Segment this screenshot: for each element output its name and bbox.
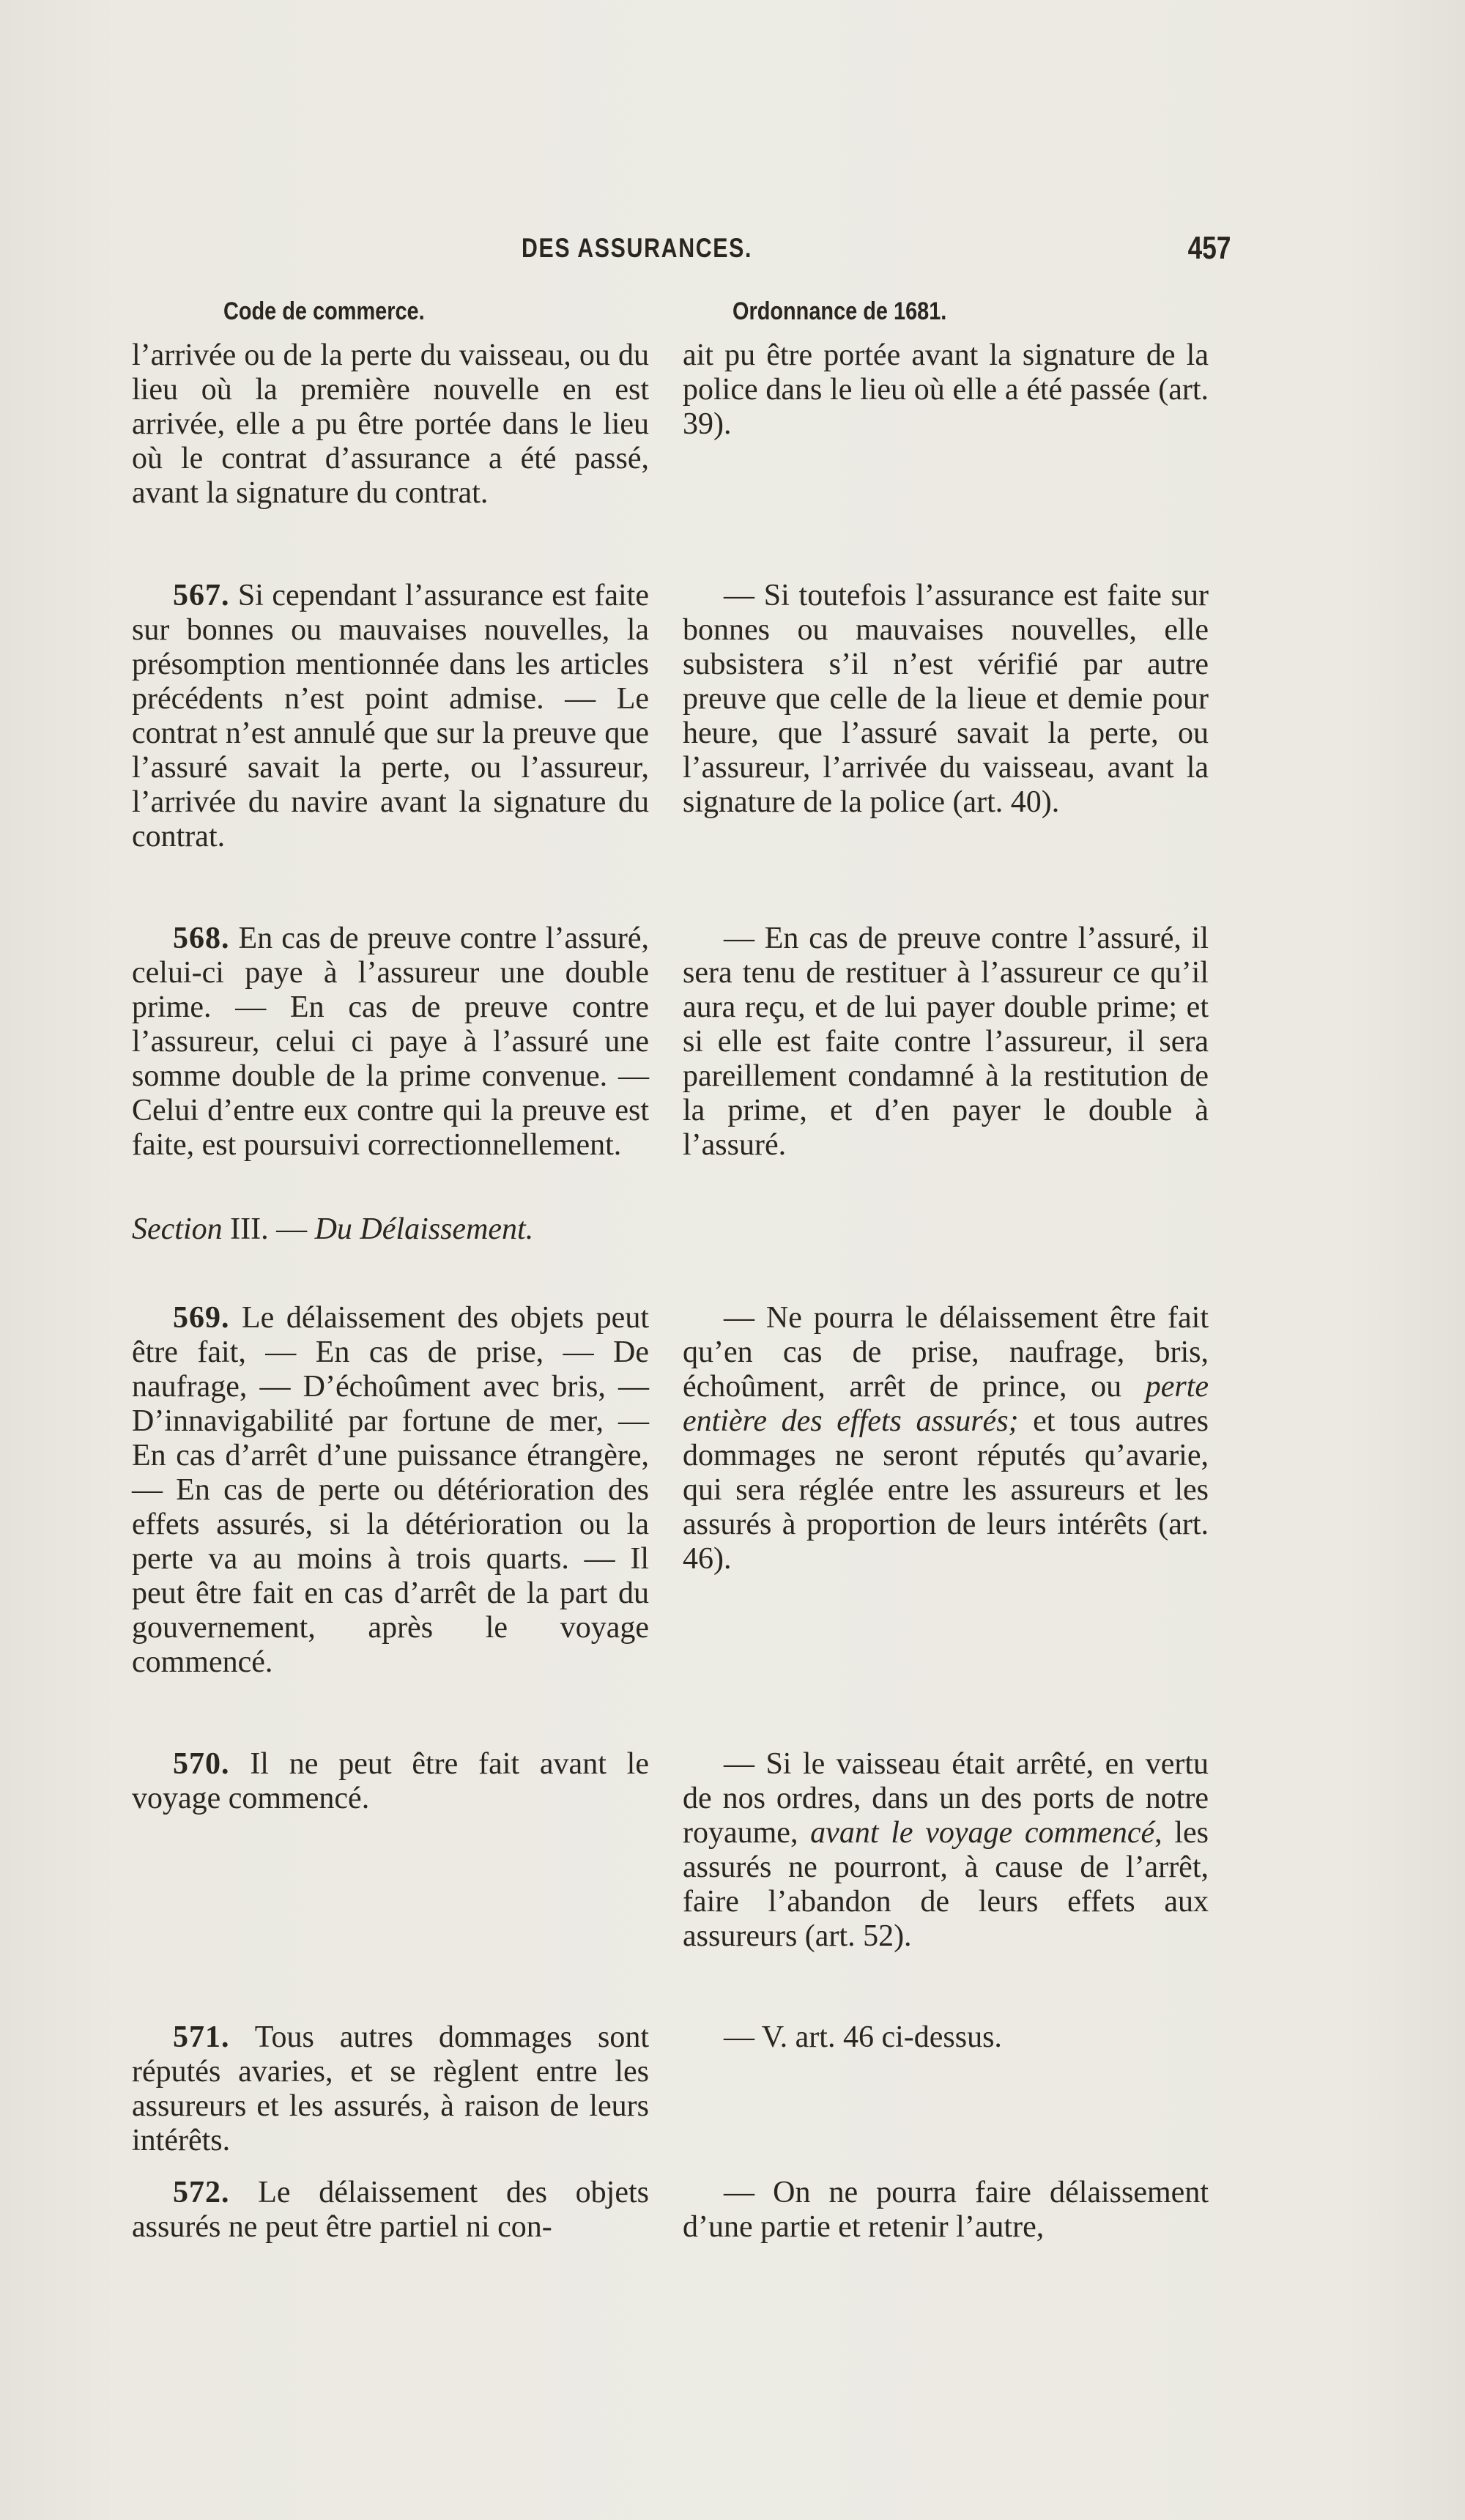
ordonnance-paragraph: — Ne pourra le délaissement être fait qu… (683, 1301, 1209, 1576)
paragraph-text: — Si toutefois l’assurance est faite sur… (683, 579, 1209, 820)
book-page: DES ASSURANCES. 457 Code de commerce. Or… (0, 0, 1465, 2520)
paragraph-text: — En cas de preuve contre l’assuré, il s… (683, 922, 1209, 1163)
ordonnance-paragraph: — V. art. 46 ci-dessus. (683, 2020, 1209, 2055)
italic-phrase: avant le voyage commencé (810, 1816, 1154, 1850)
article-569: 569. Le délaissement des objets peut êtr… (132, 1301, 649, 1680)
article-567: 567. Si cependant l’assurance est faite … (132, 579, 649, 854)
section-dash: . — (261, 1212, 315, 1246)
paragraph-text: — V. art. 46 ci-dessus. (683, 2020, 1209, 2055)
paragraph-text: — Ne pourra le délaissement être fait qu… (683, 1301, 1209, 1404)
section-title: Du Délaissement. (315, 1212, 534, 1246)
continuation-paragraph: l’arrivée ou de la perte du vaisseau, ou… (132, 338, 649, 511)
ordonnance-paragraph: ait pu être portée avant la signature de… (683, 338, 1209, 442)
page-number: 457 (1187, 230, 1231, 267)
paragraph-text: — On ne pourra faire délaissement d’une … (683, 2176, 1209, 2245)
ordonnance-paragraph: — On ne pourra faire délaissement d’une … (683, 2176, 1209, 2245)
article-number: 571. (173, 2020, 230, 2054)
article-text: Si cependant l’assurance est faite sur b… (132, 579, 649, 853)
article-568: 568. En cas de preuve contre l’assuré, c… (132, 922, 649, 1163)
article-text: Le délaissement des objets peut être fai… (132, 1301, 649, 1679)
ordonnance-paragraph: — En cas de preuve contre l’assuré, il s… (683, 922, 1209, 1163)
left-column-heading: Code de commerce. (223, 297, 425, 326)
article-number: 569. (173, 1301, 230, 1335)
section-numeral: III (230, 1212, 261, 1246)
paragraph-text: ait pu être portée avant la signature de… (683, 338, 1209, 442)
article-number: 568. (173, 922, 230, 955)
article-number: 572. (173, 2176, 230, 2209)
section-prefix: Section (132, 1212, 223, 1246)
paragraph-text: l’arrivée ou de la perte du vaisseau, ou… (132, 338, 649, 511)
article-570: 570. Il ne peut être fait avant le voyag… (132, 1747, 649, 1816)
article-number: 567. (173, 579, 230, 612)
ordonnance-paragraph: — Si le vaisseau était arrêté, en vertu … (683, 1747, 1209, 1954)
article-571: 571. Tous autres dommages sont réputés a… (132, 2020, 649, 2158)
running-title: DES ASSURANCES. (522, 233, 752, 264)
article-number: 570. (173, 1747, 230, 1781)
running-head: DES ASSURANCES. 457 (522, 233, 1239, 277)
article-text: En cas de preuve contre l’assuré, celui-… (132, 922, 649, 1162)
ordonnance-paragraph: — Si toutefois l’assurance est faite sur… (683, 579, 1209, 820)
section-heading: Section III. — Du Délaissement. (132, 1212, 649, 1247)
article-572: 572. Le délaissement des objets assurés … (132, 2176, 649, 2245)
right-column-heading: Ordonnance de 1681. (732, 297, 946, 326)
